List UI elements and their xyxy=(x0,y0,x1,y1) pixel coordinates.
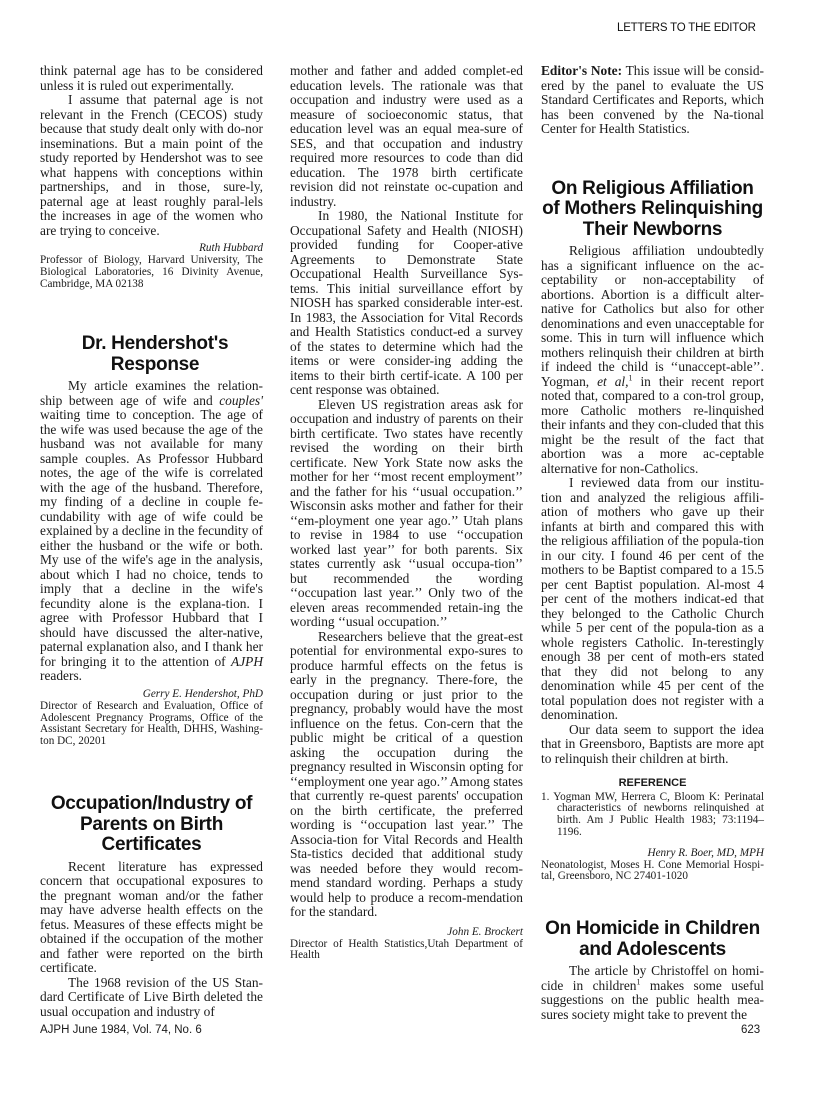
paragraph: Our data seem to support the idea that i… xyxy=(541,723,764,767)
emphasis: AJPH xyxy=(231,654,263,669)
paragraph: Researchers believe that the great-est p… xyxy=(290,630,523,920)
page-number: 623 xyxy=(741,1024,760,1036)
text: waiting time to conception. The age of t… xyxy=(40,407,263,669)
emphasis: couples' xyxy=(219,393,263,408)
editors-note: Editor's Note: This issue will be consid… xyxy=(541,64,764,137)
letter-title-occupation-industry: Occupation/Industry of Parents on Birth … xyxy=(40,794,263,856)
affiliation: Director of Research and Evaluation, Off… xyxy=(40,701,263,748)
running-head: LETTERS TO THE EDITOR xyxy=(617,22,756,34)
left-column: think paternal age has to be considered … xyxy=(40,64,263,1019)
journal-footer: AJPH June 1984, Vol. 74, No. 6 xyxy=(40,1024,202,1036)
paragraph: The article by Christoffel on homi-cide … xyxy=(541,964,764,1022)
editors-note-label: Editor's Note: xyxy=(541,63,622,78)
paragraph: mother and father and added complet-ed e… xyxy=(290,64,523,209)
paragraph: Religious affiliation undoubtedly has a … xyxy=(541,244,764,476)
right-column: Editor's Note: This issue will be consid… xyxy=(541,64,764,1022)
paragraph: I reviewed data from our institu-tion an… xyxy=(541,476,764,723)
letter-title-homicide: On Homicide in Children and Adolescents xyxy=(541,919,764,960)
paragraph: think paternal age has to be considered … xyxy=(40,64,263,93)
paragraph: In 1980, the National Institute for Occu… xyxy=(290,209,523,398)
reference-item: 1. Yogman MW, Herrera C, Bloom K: Perina… xyxy=(541,792,764,839)
affiliation: Director of Health Statistics,Utah Depar… xyxy=(290,939,523,963)
paragraph: Recent literature has expressed concern … xyxy=(40,860,263,976)
text: readers. xyxy=(40,668,82,683)
affiliation: Professor of Biology, Harvard University… xyxy=(40,255,263,290)
signature-hendershot: Gerry E. Hendershot, PhD xyxy=(40,688,263,700)
paragraph: The 1968 revision of the US Stan-dard Ce… xyxy=(40,976,263,1020)
signature-ruth-hubbard: Ruth Hubbard xyxy=(40,242,263,254)
emphasis: et al, xyxy=(597,374,628,389)
middle-column: mother and father and added complet-ed e… xyxy=(290,64,523,962)
affiliation: Neonatologist, Moses H. Cone Memorial Ho… xyxy=(541,860,764,884)
signature-brockert: John E. Brockert xyxy=(290,926,523,938)
paragraph: I assume that paternal age is not releva… xyxy=(40,93,263,238)
letter-title-hendershot-response: Dr. Hendershot's Response xyxy=(60,334,250,375)
text: Religious affiliation undoubtedly has a … xyxy=(541,243,764,389)
signature-boer: Henry R. Boer, MD, MPH xyxy=(541,847,764,859)
paragraph: My article examines the relation-ship be… xyxy=(40,379,263,684)
letter-title-religious-affiliation: On Religious Affiliation of Mothers Reli… xyxy=(541,179,764,241)
reference-heading: REFERENCE xyxy=(541,776,764,791)
paragraph: Eleven US registration areas ask for occ… xyxy=(290,398,523,630)
text: in their recent report noted that, compa… xyxy=(541,374,764,476)
